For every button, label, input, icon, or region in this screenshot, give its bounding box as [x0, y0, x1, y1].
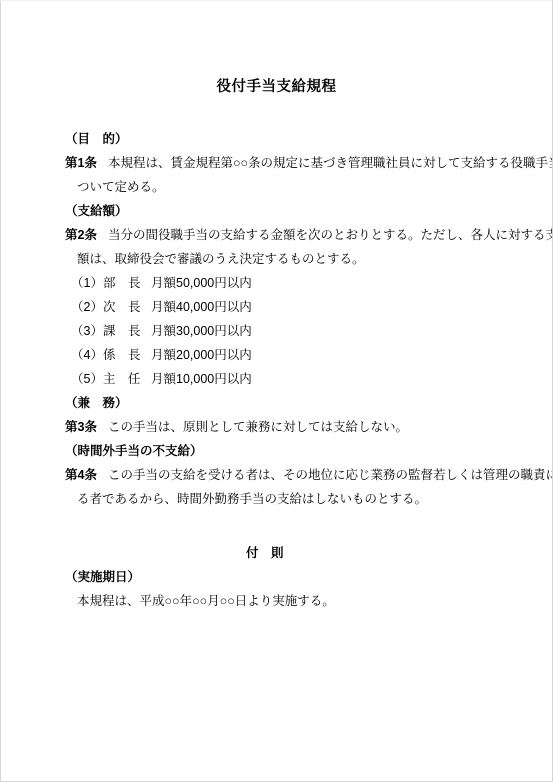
article-3-label: 第3条: [65, 415, 97, 439]
article-4-text-line2: る者であるから、時間外勤務手当の支給はしないものとする。: [1, 487, 552, 511]
effective-date-text: 本規程は、平成○○年○○月○○日より実施する。: [1, 589, 552, 613]
allowance-row-2: （2）次 長 月額40,000円以内: [1, 295, 552, 319]
article-2-text-line1: 当分の間役職手当の支給する金額を次のとおりとする。ただし、各人に対する支給金: [108, 223, 553, 247]
allowance-row-1: （1）部 長 月額50,000円以内: [1, 271, 552, 295]
section-heading-purpose: （目 的）: [1, 127, 552, 151]
allowance-row-2-position: （2）次 長: [71, 295, 151, 319]
article-2-label: 第2条: [65, 223, 97, 247]
allowance-row-3: （3）課 長 月額30,000円以内: [1, 319, 552, 343]
article-2-text-line2: 額は、取締役会で審議のうえ決定するものとする。: [1, 247, 552, 271]
article-1-text-line1: 本規程は、賃金規程第○○条の規定に基づき管理職社員に対して支給する役職手当に: [108, 151, 553, 175]
section-heading-concurrent: （兼 務）: [1, 391, 552, 415]
allowance-row-4: （4）係 長 月額20,000円以内: [1, 343, 552, 367]
allowance-row-5: （5）主 任 月額10,000円以内: [1, 367, 552, 391]
article-4-label: 第4条: [65, 463, 97, 487]
allowance-row-3-amount: 月額30,000円以内: [151, 319, 252, 343]
section-heading-payment: （支給額）: [1, 199, 552, 223]
document-page: 役付手当支給規程 （目 的） 第1条 本規程は、賃金規程第○○条の規定に基づき管…: [0, 0, 553, 782]
section-heading-effective-date: （実施期日）: [1, 565, 552, 589]
article-1-label: 第1条: [65, 151, 97, 175]
article-3: 第3条 この手当は、原則として兼務に対しては支給しない。: [1, 415, 552, 439]
allowance-row-5-position: （5）主 任: [71, 367, 151, 391]
article-3-text-line1: この手当は、原則として兼務に対しては支給しない。: [108, 415, 408, 439]
article-1-text-line2: ついて定める。: [1, 175, 552, 199]
article-4: 第4条 この手当の支給を受ける者は、その地位に応じ業務の監督若しくは管理の職責に…: [1, 463, 552, 487]
allowance-row-1-amount: 月額50,000円以内: [151, 271, 252, 295]
blank-gap: [1, 511, 552, 541]
document-title: 役付手当支給規程: [1, 80, 552, 95]
article-4-text-line1: この手当の支給を受ける者は、その地位に応じ業務の監督若しくは管理の職責に任ず: [108, 463, 553, 487]
appendix-title: 付 則: [1, 541, 552, 565]
section-heading-overtime: （時間外手当の不支給）: [1, 439, 552, 463]
allowance-row-1-position: （1）部 長: [71, 271, 151, 295]
allowance-row-4-amount: 月額20,000円以内: [151, 343, 252, 367]
allowance-row-5-amount: 月額10,000円以内: [151, 367, 252, 391]
allowance-row-2-amount: 月額40,000円以内: [151, 295, 252, 319]
article-2: 第2条 当分の間役職手当の支給する金額を次のとおりとする。ただし、各人に対する支…: [1, 223, 552, 247]
allowance-row-4-position: （4）係 長: [71, 343, 151, 367]
document-body: （目 的） 第1条 本規程は、賃金規程第○○条の規定に基づき管理職社員に対して支…: [1, 127, 552, 613]
article-1: 第1条 本規程は、賃金規程第○○条の規定に基づき管理職社員に対して支給する役職手…: [1, 151, 552, 175]
allowance-row-3-position: （3）課 長: [71, 319, 151, 343]
